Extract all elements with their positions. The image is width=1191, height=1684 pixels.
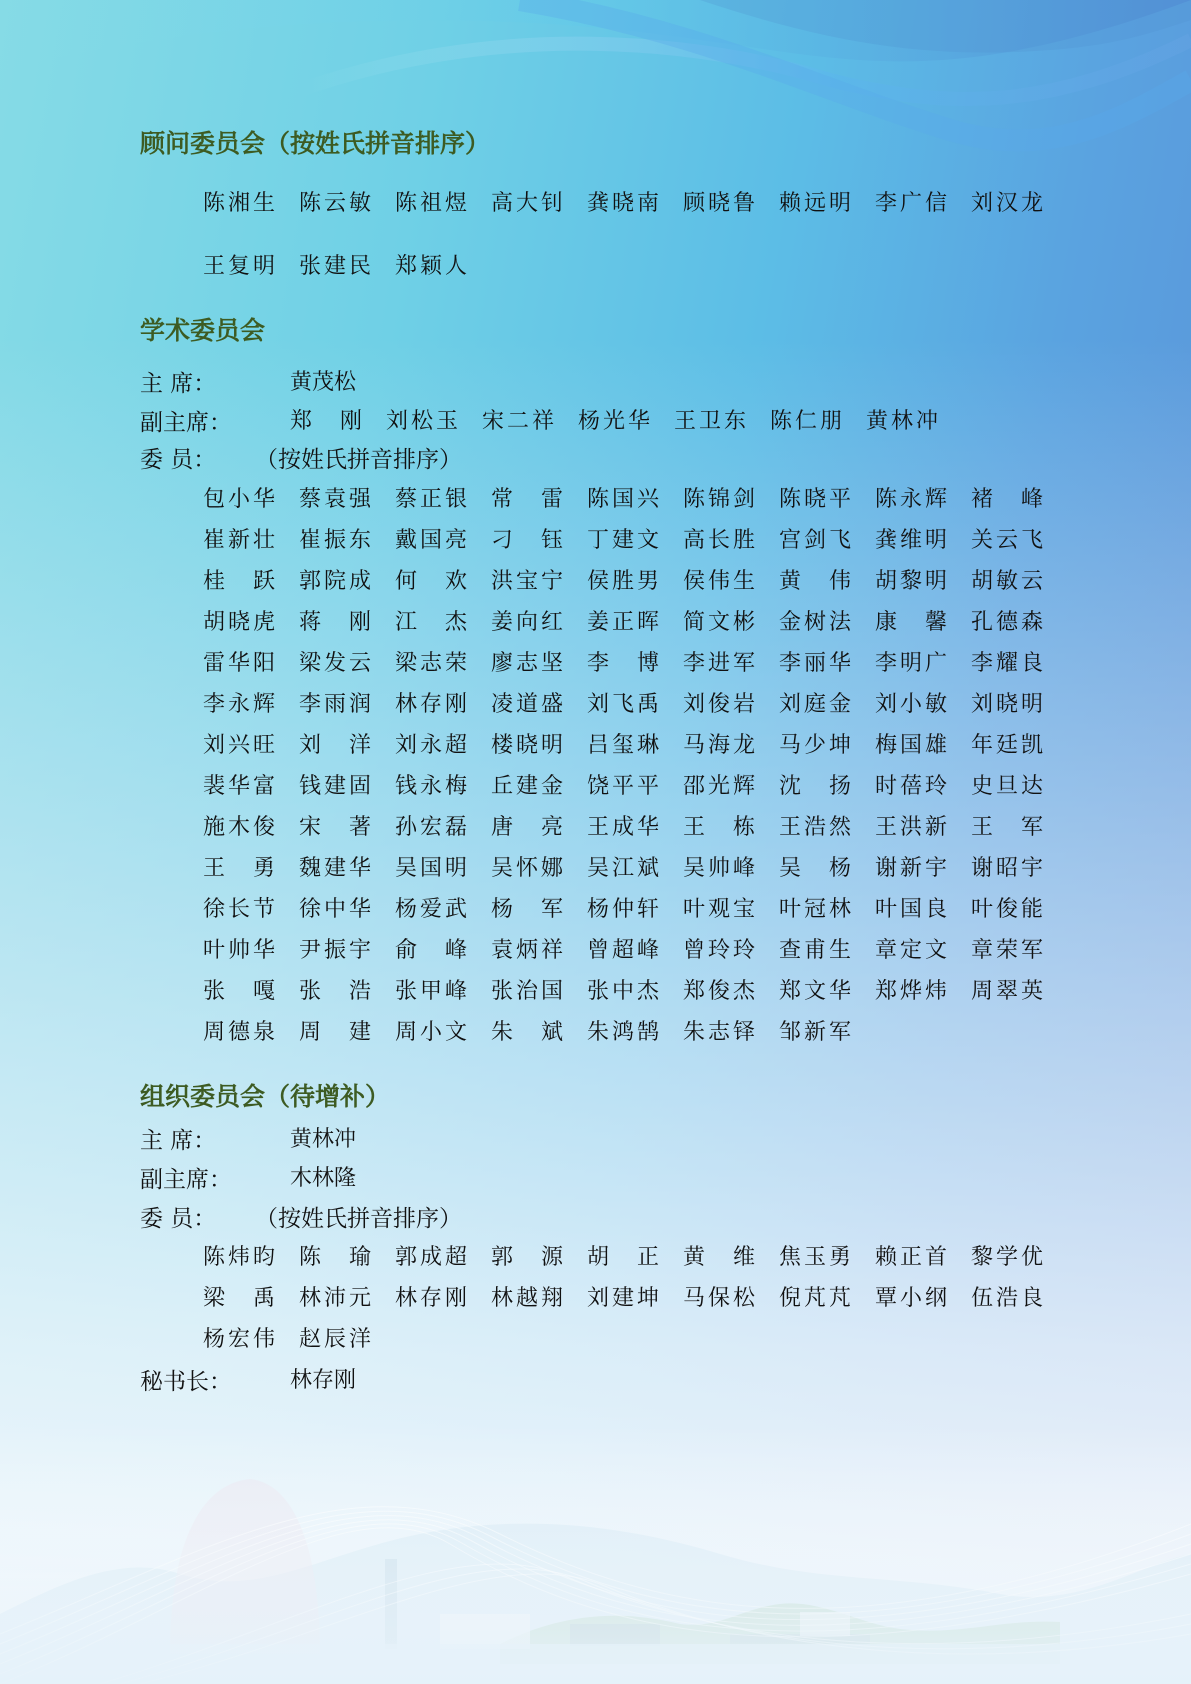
member-name: 焦玉勇 — [779, 1240, 851, 1271]
vice-chair-name: 陈仁朋 — [770, 404, 842, 435]
member-name: 王浩然 — [779, 810, 851, 841]
secretary-name: 林存刚 — [290, 1363, 356, 1394]
member-name: 郑文华 — [779, 974, 851, 1005]
member-name: 曾超峰 — [587, 933, 659, 964]
member-name: 史旦达 — [971, 769, 1043, 800]
member-name: 蔡正银 — [395, 482, 467, 513]
vice-chair-name: 黄林冲 — [866, 404, 938, 435]
member-name: 郑俊杰 — [683, 974, 755, 1005]
vice-chair-label: 副主席： — [140, 1161, 232, 1194]
member-name: 张 浩 — [299, 974, 371, 1005]
member-name: 年廷凯 — [971, 728, 1043, 759]
member-name: 蔡袁强 — [299, 482, 371, 513]
member-name: 孙宏磊 — [395, 810, 467, 841]
member-name: 林存刚 — [395, 687, 467, 718]
member-name: 梁志荣 — [395, 646, 467, 677]
member-name: 林越翔 — [491, 1281, 563, 1312]
member-name: 赵辰洋 — [299, 1322, 371, 1353]
member-name: 刘晓明 — [971, 687, 1043, 718]
committee-page: 顾问委员会（按姓氏拼音排序） 陈湘生 陈云敏 陈祖煜 高大钊 龚晓南 顾晓鲁 赖… — [0, 0, 1191, 1684]
member-name: 陈云敏 — [299, 186, 371, 217]
member-name: 刘庭金 — [779, 687, 851, 718]
member-name: 邵光辉 — [683, 769, 755, 800]
member-name: 王 栋 — [683, 810, 755, 841]
member-name: 杨 军 — [491, 892, 563, 923]
member-name: 杨宏伟 — [203, 1322, 275, 1353]
member-name: 顾晓鲁 — [683, 186, 755, 217]
vice-chair-name: 宋二祥 — [482, 404, 554, 435]
member-name: 刘飞禹 — [587, 687, 659, 718]
member-name: 林存刚 — [395, 1281, 467, 1312]
member-name: 李丽华 — [779, 646, 851, 677]
vice-chair-name: 木林隆 — [290, 1161, 356, 1192]
member-name: 周 建 — [299, 1015, 371, 1046]
member-name: 胡黎明 — [875, 564, 947, 595]
member-name: 章荣军 — [971, 933, 1043, 964]
member-name: 郭 源 — [491, 1240, 563, 1271]
member-name: 章定文 — [875, 933, 947, 964]
member-name: 沈 扬 — [779, 769, 851, 800]
member-name: 张 嘎 — [203, 974, 275, 1005]
members-sort-note: （按姓氏拼音排序） — [255, 441, 462, 474]
member-name: 叶国良 — [875, 892, 947, 923]
member-name: 高长胜 — [683, 523, 755, 554]
academic-committee-title: 学术委员会 — [140, 311, 265, 347]
member-name: 宫剑飞 — [779, 523, 851, 554]
member-name: 吴帅峰 — [683, 851, 755, 882]
member-name: 郭院成 — [299, 564, 371, 595]
chair-name: 黄茂松 — [290, 365, 356, 396]
member-name: 马海龙 — [683, 728, 755, 759]
member-name: 胡敏云 — [971, 564, 1043, 595]
member-name: 丘建金 — [491, 769, 563, 800]
member-name: 常 雷 — [491, 482, 563, 513]
member-name: 黄 伟 — [779, 564, 851, 595]
member-name: 查甫生 — [779, 933, 851, 964]
member-name: 简文彬 — [683, 605, 755, 636]
member-name: 赖远明 — [779, 186, 851, 217]
member-name: 侯胜男 — [587, 564, 659, 595]
member-name: 朱志铎 — [683, 1015, 755, 1046]
member-name: 陈炜昀 — [203, 1240, 275, 1271]
member-name: 崔振东 — [299, 523, 371, 554]
member-name: 尹振宇 — [299, 933, 371, 964]
member-name: 邹新军 — [779, 1015, 851, 1046]
member-name: 刘 洋 — [299, 728, 371, 759]
member-name: 张中杰 — [587, 974, 659, 1005]
member-name: 郑颖人 — [395, 249, 467, 280]
member-name: 刘永超 — [395, 728, 467, 759]
member-name: 陈国兴 — [587, 482, 659, 513]
member-name: 朱鸿鹄 — [587, 1015, 659, 1046]
member-name: 何 欢 — [395, 564, 467, 595]
members-sort-note: （按姓氏拼音排序） — [255, 1200, 462, 1233]
member-name: 梅国雄 — [875, 728, 947, 759]
member-name: 倪芃芃 — [779, 1281, 851, 1312]
member-name: 裴华富 — [203, 769, 275, 800]
members-label: 委 员： — [140, 441, 216, 474]
member-name: 杨仲轩 — [587, 892, 659, 923]
member-name: 周小文 — [395, 1015, 467, 1046]
member-name: 周翠英 — [971, 974, 1043, 1005]
member-name: 洪宝宁 — [491, 564, 563, 595]
member-name: 丁建文 — [587, 523, 659, 554]
member-name: 刘俊岩 — [683, 687, 755, 718]
member-name: 凌道盛 — [491, 687, 563, 718]
member-name: 李永辉 — [203, 687, 275, 718]
member-name: 黎学优 — [971, 1240, 1043, 1271]
members-label: 委 员： — [140, 1200, 216, 1233]
member-name: 高大钊 — [491, 186, 563, 217]
member-name: 陈祖煜 — [395, 186, 467, 217]
chair-label: 主 席： — [140, 1122, 216, 1155]
member-name: 杨爱武 — [395, 892, 467, 923]
member-name: 刘建坤 — [587, 1281, 659, 1312]
organizing-committee-title: 组织委员会（待增补） — [140, 1077, 390, 1113]
member-name: 李 博 — [587, 646, 659, 677]
member-name: 张治国 — [491, 974, 563, 1005]
member-name: 江 杰 — [395, 605, 467, 636]
chair-label: 主 席： — [140, 365, 216, 398]
member-name: 朱 斌 — [491, 1015, 563, 1046]
member-name: 宋 著 — [299, 810, 371, 841]
member-name: 李广信 — [875, 186, 947, 217]
member-name: 楼晓明 — [491, 728, 563, 759]
member-name: 姜正晖 — [587, 605, 659, 636]
member-name: 陈 瑜 — [299, 1240, 371, 1271]
member-name: 曾玲玲 — [683, 933, 755, 964]
member-name: 李进军 — [683, 646, 755, 677]
member-name: 徐长节 — [203, 892, 275, 923]
member-name: 关云飞 — [971, 523, 1043, 554]
member-name: 郑烨炜 — [875, 974, 947, 1005]
member-name: 吴国明 — [395, 851, 467, 882]
member-name: 施木俊 — [203, 810, 275, 841]
member-name: 桂 跃 — [203, 564, 275, 595]
member-name: 王 军 — [971, 810, 1043, 841]
member-name: 俞 峰 — [395, 933, 467, 964]
member-name: 雷华阳 — [203, 646, 275, 677]
member-name: 伍浩良 — [971, 1281, 1043, 1312]
member-name: 黄 维 — [683, 1240, 755, 1271]
member-name: 张建民 — [299, 249, 371, 280]
member-name: 钱建固 — [299, 769, 371, 800]
member-name: 周德泉 — [203, 1015, 275, 1046]
member-name: 刘汉龙 — [971, 186, 1043, 217]
member-name: 龚维明 — [875, 523, 947, 554]
member-name: 廖志坚 — [491, 646, 563, 677]
member-name: 谢昭宇 — [971, 851, 1043, 882]
member-name: 马少坤 — [779, 728, 851, 759]
member-name: 钱永梅 — [395, 769, 467, 800]
member-name: 马保松 — [683, 1281, 755, 1312]
member-name: 陈湘生 — [203, 186, 275, 217]
member-name: 梁 禹 — [203, 1281, 275, 1312]
member-name: 叶帅华 — [203, 933, 275, 964]
member-name: 李明广 — [875, 646, 947, 677]
member-name: 魏建华 — [299, 851, 371, 882]
member-name: 谢新宇 — [875, 851, 947, 882]
member-name: 陈永辉 — [875, 482, 947, 513]
member-name: 刘兴旺 — [203, 728, 275, 759]
member-name: 胡 正 — [587, 1240, 659, 1271]
member-name: 林沛元 — [299, 1281, 371, 1312]
member-name: 王 勇 — [203, 851, 275, 882]
member-name: 郭成超 — [395, 1240, 467, 1271]
member-name: 徐中华 — [299, 892, 371, 923]
member-name: 梁发云 — [299, 646, 371, 677]
member-name: 包小华 — [203, 482, 275, 513]
member-name: 陈晓平 — [779, 482, 851, 513]
vice-chair-name: 刘松玉 — [386, 404, 458, 435]
member-name: 吴江斌 — [587, 851, 659, 882]
member-name: 金树法 — [779, 605, 851, 636]
chair-name: 黄林冲 — [290, 1122, 356, 1153]
member-name: 吴 杨 — [779, 851, 851, 882]
member-name: 康 馨 — [875, 605, 947, 636]
member-name: 王成华 — [587, 810, 659, 841]
member-name: 覃小纲 — [875, 1281, 947, 1312]
member-name: 唐 亮 — [491, 810, 563, 841]
member-name: 龚晓南 — [587, 186, 659, 217]
member-name: 吴怀娜 — [491, 851, 563, 882]
vice-chair-label: 副主席： — [140, 404, 232, 437]
member-name: 姜向红 — [491, 605, 563, 636]
member-name: 饶平平 — [587, 769, 659, 800]
secretary-label: 秘书长： — [140, 1363, 232, 1396]
member-name: 王洪新 — [875, 810, 947, 841]
member-name: 褚 峰 — [971, 482, 1043, 513]
vice-chair-name: 王卫东 — [674, 404, 746, 435]
member-name: 戴国亮 — [395, 523, 467, 554]
member-name: 叶冠林 — [779, 892, 851, 923]
member-name: 时蓓玲 — [875, 769, 947, 800]
member-name: 李雨润 — [299, 687, 371, 718]
member-name: 叶俊能 — [971, 892, 1043, 923]
vice-chair-name: 杨光华 — [578, 404, 650, 435]
member-name: 张甲峰 — [395, 974, 467, 1005]
member-name: 崔新壮 — [203, 523, 275, 554]
member-name: 吕玺琳 — [587, 728, 659, 759]
vice-chair-name: 郑 刚 — [290, 404, 362, 435]
member-name: 蒋 刚 — [299, 605, 371, 636]
member-name: 刘小敏 — [875, 687, 947, 718]
member-name: 赖正首 — [875, 1240, 947, 1271]
member-name: 刁 钰 — [491, 523, 563, 554]
member-name: 李耀良 — [971, 646, 1043, 677]
member-name: 王复明 — [203, 249, 275, 280]
member-name: 孔德森 — [971, 605, 1043, 636]
member-name: 叶观宝 — [683, 892, 755, 923]
member-name: 侯伟生 — [683, 564, 755, 595]
member-name: 陈锦剑 — [683, 482, 755, 513]
member-name: 袁炳祥 — [491, 933, 563, 964]
member-name: 胡晓虎 — [203, 605, 275, 636]
advisory-committee-title: 顾问委员会（按姓氏拼音排序） — [140, 124, 490, 160]
